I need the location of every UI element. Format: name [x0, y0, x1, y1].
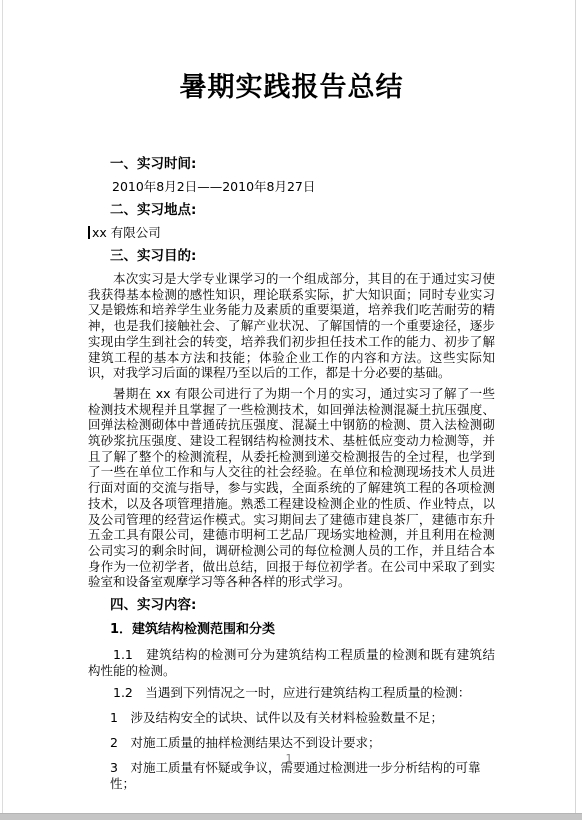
clause-1-2: 1.2 当遇到下列情况之一时，应进行建筑结构工程质量的检测： — [88, 685, 495, 701]
page-number: 1 — [3, 752, 575, 765]
text-cursor-caret — [88, 226, 90, 239]
practice-date-range: 2010年8月2日——2010年8月27日 — [112, 179, 495, 195]
document-window: 暑期实践报告总结 一、实习时间: 2010年8月2日——2010年8月27日 二… — [0, 0, 582, 820]
section-heading-practice-place: 二、实习地点: — [110, 202, 495, 218]
numbered-item-1: 1 涉及结构安全的试块、试件以及有关材料检验数量不足； — [110, 710, 495, 726]
purpose-paragraph-1: 本次实习是大学专业课学习的一个组成部分，其目的在于通过实习使我获得基本检测的感性… — [88, 271, 495, 381]
subsection-title-structure-detection: 1．建筑结构检测范围和分类 — [110, 622, 495, 638]
section-heading-practice-purpose: 三、实习目的: — [110, 248, 495, 264]
document-title: 暑期实践报告总结 — [88, 70, 495, 106]
company-name: xx 有限公司 — [92, 225, 161, 240]
document-content: 暑期实践报告总结 一、实习时间: 2010年8月2日——2010年8月27日 二… — [3, 0, 575, 792]
purpose-paragraph-2: 暑期在 xx 有限公司进行了为期一个月的实习，通过实习了解了一些检测技术规程并且… — [88, 386, 495, 590]
section-heading-practice-time: 一、实习时间: — [110, 156, 495, 172]
clause-1-1: 1.1 建筑结构的检测可分为建筑结构工程质量的检测和既有建筑结构性能的检测。 — [88, 647, 495, 678]
document-page[interactable]: 暑期实践报告总结 一、实习时间: 2010年8月2日——2010年8月27日 二… — [2, 0, 576, 813]
page-bottom-backdrop — [0, 813, 582, 820]
company-line: xx 有限公司 — [88, 225, 495, 241]
numbered-item-2: 2 对施工质量的抽样检测结果达不到设计要求； — [110, 735, 495, 751]
section-heading-practice-content: 四、实习内容: — [110, 597, 495, 613]
